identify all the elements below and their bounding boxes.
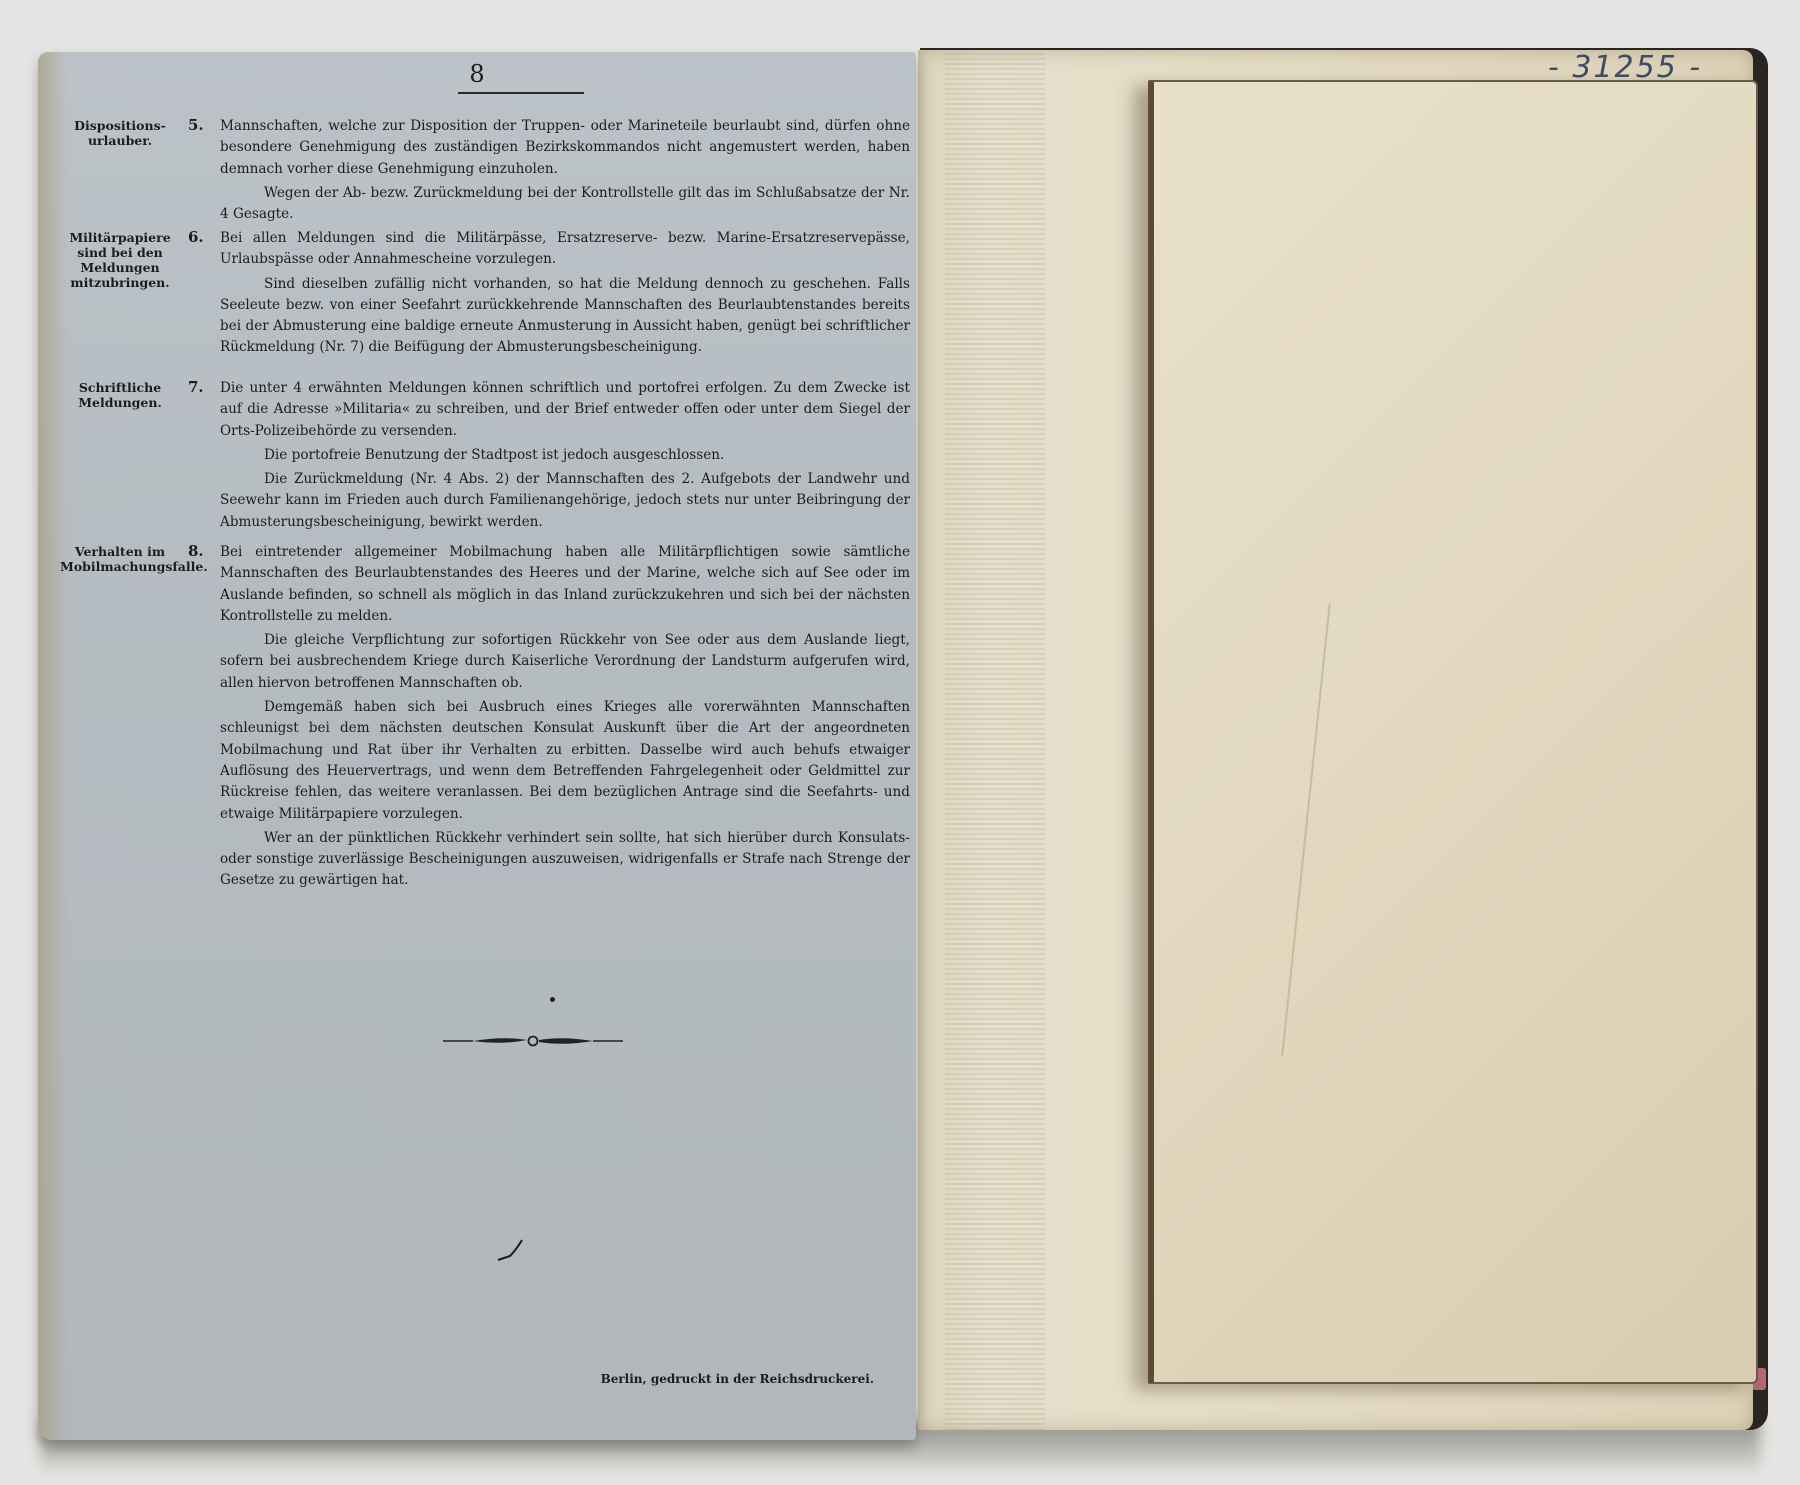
ornament-dot [550,997,555,1002]
margin-note: Militärpapiere sind bei den Meldungen mi… [60,230,180,290]
margin-note: Schriftliche Meldungen. [60,380,180,410]
section-number: 8. [188,542,204,560]
spine-gauze-strip [945,50,1045,1430]
paragraph: Mannschaften, welche zur Disposition der… [220,116,910,180]
section-number: 7. [188,378,204,396]
ornament-divider-icon [443,1034,623,1048]
section-number: 5. [188,116,204,134]
section-body: Die unter 4 erwähnten Meldungen können s… [220,378,910,533]
paragraph: Bei eintretender allgemeiner Mobilmachun… [220,542,910,627]
section-body: Bei eintretender allgemeiner Mobilmachun… [220,542,910,892]
margin-note: Dispositions-urlauber. [60,118,180,148]
paragraph: Wegen der Ab- bezw. Zurückmeldung bei de… [220,183,910,226]
section-body: Mannschaften, welche zur Disposition der… [220,116,910,225]
section-body: Bei allen Meldungen sind die Militärpäss… [220,228,910,359]
ink-squiggle-mark [496,1238,526,1264]
margin-note: Verhalten im Mobilmachungsfalle. [60,544,180,574]
page-number-rule [458,92,584,94]
paragraph: Die Zurückmeldung (Nr. 4 Abs. 2) der Man… [220,469,910,533]
paragraph: Wer an der pünktlichen Rückkehr verhinde… [220,828,910,892]
page-number: 8 [38,60,916,88]
paragraph: Demgemäß haben sich bei Ausbruch eines K… [220,697,910,825]
paragraph: Bei allen Meldungen sind die Militärpäss… [220,228,910,271]
pocket-crease [1281,603,1331,1056]
section-number: 6. [188,228,204,246]
left-page: 8 Dispositions-urlauber. 5. Mannschaften… [38,52,916,1440]
paragraph: Sind dieselben zufällig nicht vorhanden,… [220,274,910,359]
paragraph: Die gleiche Verpflichtung zur sofortigen… [220,630,910,694]
pocket-flap[interactable] [1148,80,1758,1384]
paragraph: Die unter 4 erwähnten Meldungen können s… [220,378,910,442]
paragraph: Die portofreie Benutzung der Stadtpost i… [220,445,910,466]
printer-imprint: Berlin, gedruckt in der Reichsdruckerei. [601,1372,874,1386]
